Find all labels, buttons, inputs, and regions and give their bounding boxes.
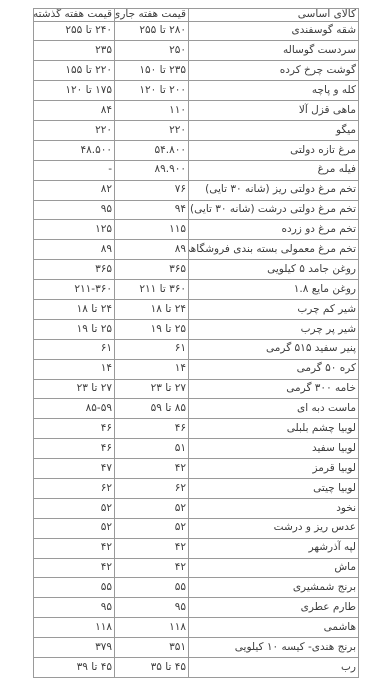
table-row: تخم مرغ معمولی بسته بندی فروشگاهی ۸۹ ۸۹ (34, 240, 359, 260)
current-week-price-cell: ۴۲ (115, 538, 189, 558)
previous-week-price-cell: ۲۷ تا ۲۳ (34, 379, 115, 399)
item-name-cell: گوشت چرخ کرده (189, 61, 359, 81)
table-row: شیر پر چرب ۲۵ تا ۱۹ ۲۵ تا ۱۹ (34, 319, 359, 339)
current-week-price-cell: ۵۲ (115, 498, 189, 518)
current-week-price-cell: ۸۹.۹۰۰ (115, 160, 189, 180)
item-name-cell: میگو (189, 121, 359, 141)
price-table-body: شقه گوسفندی ۲۸۰ تا ۲۵۵ ۲۴۰ تا ۲۵۵ سردست … (34, 21, 359, 677)
previous-week-price-cell: ۵۲ (34, 498, 115, 518)
item-name-cell: لوبیا چیتی (189, 479, 359, 499)
item-name-cell: تخم مرغ دو زرده (189, 220, 359, 240)
table-row: تخم مرغ دو زرده ۱۱۵ ۱۲۵ (34, 220, 359, 240)
current-week-price-cell: ۹۴ (115, 200, 189, 220)
item-name-cell: روغن جامد ۵ کیلویی (189, 260, 359, 280)
previous-week-price-cell: ۱۲۵ (34, 220, 115, 240)
table-row: ماهی قزل آلا ۱۱۰ ۸۴ (34, 101, 359, 121)
previous-week-price-cell: ۲۵ تا ۱۹ (34, 319, 115, 339)
table-row: لپه آذرشهر ۴۲ ۴۲ (34, 538, 359, 558)
current-week-price-cell: ۲۲۰ (115, 121, 189, 141)
previous-week-price-cell: - (34, 160, 115, 180)
previous-week-price-cell: ۸۲ (34, 180, 115, 200)
table-row: گوشت چرخ کرده ۲۳۵ تا ۱۵۰ ۲۲۰ تا ۱۵۵ (34, 61, 359, 81)
previous-week-price-cell: ۲۳۵ (34, 41, 115, 61)
item-name-cell: مرغ تازه دولتی (189, 140, 359, 160)
table-row: میگو ۲۲۰ ۲۲۰ (34, 121, 359, 141)
table-row: لوبیا چیتی ۶۲ ۶۲ (34, 479, 359, 499)
previous-week-price-cell: ۱۱۸ (34, 618, 115, 638)
previous-week-price-cell: ۳۷۹ (34, 638, 115, 658)
previous-week-price-cell: ۴۶ (34, 439, 115, 459)
previous-week-price-cell: ۵۲ (34, 518, 115, 538)
current-week-price-cell: ۳۶۵ (115, 260, 189, 280)
table-row: تخم مرغ دولتی درشت (شانه ۳۰ تایی) ۹۴ ۹۵ (34, 200, 359, 220)
previous-week-price-cell: ۴۵ تا ۳۹ (34, 658, 115, 678)
current-week-price-cell: ۶۱ (115, 339, 189, 359)
previous-week-price-cell: ۸۴ (34, 101, 115, 121)
table-row: تخم مرغ دولتی ریز (شانه ۳۰ تایی) ۷۶ ۸۲ (34, 180, 359, 200)
previous-week-price-cell: ۶۲ (34, 479, 115, 499)
item-name-cell: شقه گوسفندی (189, 21, 359, 41)
item-name-cell: ماست دبه ای (189, 399, 359, 419)
current-week-price-cell: ۱۱۵ (115, 220, 189, 240)
commodity-price-table: کالای اساسی قیمت هفته جاری قیمت هفته گذش… (33, 8, 359, 678)
table-row: خامه ۳۰۰ گرمی ۲۷ تا ۲۳ ۲۷ تا ۲۳ (34, 379, 359, 399)
header-row: کالای اساسی قیمت هفته جاری قیمت هفته گذش… (34, 9, 359, 22)
current-week-price-cell: ۲۷ تا ۲۳ (115, 379, 189, 399)
previous-week-price-cell: ۸۹ (34, 240, 115, 260)
item-name-cell: برنج هندی- کیسه ۱۰ کیلویی (189, 638, 359, 658)
item-name-cell: شیر پر چرب (189, 319, 359, 339)
current-week-price-cell: ۲۵۰ (115, 41, 189, 61)
current-week-price-cell: ۷۶ (115, 180, 189, 200)
item-name-cell: هاشمی (189, 618, 359, 638)
current-week-price-cell: ۲۰۰ تا ۱۲۰ (115, 81, 189, 101)
previous-week-price-cell: ۴۲ (34, 558, 115, 578)
item-name-cell: طارم عطری (189, 598, 359, 618)
current-week-price-cell: ۳۵۱ (115, 638, 189, 658)
item-name-cell: خامه ۳۰۰ گرمی (189, 379, 359, 399)
previous-week-price-cell: ۴۷ (34, 459, 115, 479)
item-name-cell: سردست گوساله (189, 41, 359, 61)
previous-week-price-cell: ۵۵ (34, 578, 115, 598)
current-week-price-cell: ۱۱۸ (115, 618, 189, 638)
page: کالای اساسی قیمت هفته جاری قیمت هفته گذش… (0, 0, 367, 692)
table-row: نخود ۵۲ ۵۲ (34, 498, 359, 518)
item-name-cell: کره ۵۰ گرمی (189, 359, 359, 379)
previous-week-price-cell: ۴۲ (34, 538, 115, 558)
table-row: شقه گوسفندی ۲۸۰ تا ۲۵۵ ۲۴۰ تا ۲۵۵ (34, 21, 359, 41)
item-name-cell: ماش (189, 558, 359, 578)
current-week-price-cell: ۴۵ تا ۳۵ (115, 658, 189, 678)
previous-week-price-cell: ۲۲۰ (34, 121, 115, 141)
table-row: لوبیا سفید ۵۱ ۴۶ (34, 439, 359, 459)
table-row: روغن جامد ۵ کیلویی ۳۶۵ ۳۶۵ (34, 260, 359, 280)
current-week-price-cell: ۲۴ تا ۱۸ (115, 300, 189, 320)
previous-week-price-cell: ۲۴ تا ۱۸ (34, 300, 115, 320)
previous-week-price-cell: ۴۸.۵۰۰ (34, 140, 115, 160)
item-name-cell: لوبیا سفید (189, 439, 359, 459)
current-week-price-cell: ۵۲ (115, 518, 189, 538)
previous-week-price-cell: ۳۶۵ (34, 260, 115, 280)
current-week-price-cell: ۸۹ (115, 240, 189, 260)
current-week-price-cell: ۴۲ (115, 459, 189, 479)
item-name-cell: عدس ریز و درشت (189, 518, 359, 538)
table-row: لوبیا چشم بلبلی ۴۶ ۴۶ (34, 419, 359, 439)
table-row: ماست دبه ای ۸۵ تا ۵۹ ۸۵-۵۹ (34, 399, 359, 419)
item-name-cell: تخم مرغ دولتی درشت (شانه ۳۰ تایی) (189, 200, 359, 220)
table-row: کله و پاچه ۲۰۰ تا ۱۲۰ ۱۷۵ تا ۱۲۰ (34, 81, 359, 101)
current-week-price-cell: ۱۱۰ (115, 101, 189, 121)
current-week-price-cell: ۱۴ (115, 359, 189, 379)
col-header-item: کالای اساسی (189, 9, 359, 22)
table-row: برنج شمشیری ۵۵ ۵۵ (34, 578, 359, 598)
previous-week-price-cell: ۶۱ (34, 339, 115, 359)
previous-week-price-cell: ۹۵ (34, 598, 115, 618)
item-name-cell: لپه آذرشهر (189, 538, 359, 558)
previous-week-price-cell: ۱۴ (34, 359, 115, 379)
previous-week-price-cell: ۲۱۱-۳۶۰ (34, 280, 115, 300)
current-week-price-cell: ۲۳۵ تا ۱۵۰ (115, 61, 189, 81)
table-row: مرغ تازه دولتی ۵۴.۸۰۰ ۴۸.۵۰۰ (34, 140, 359, 160)
current-week-price-cell: ۵۵ (115, 578, 189, 598)
current-week-price-cell: ۵۴.۸۰۰ (115, 140, 189, 160)
current-week-price-cell: ۹۵ (115, 598, 189, 618)
item-name-cell: رب (189, 658, 359, 678)
current-week-price-cell: ۴۶ (115, 419, 189, 439)
previous-week-price-cell: ۲۲۰ تا ۱۵۵ (34, 61, 115, 81)
table-row: پنیر سفید ۵۱۵ گرمی ۶۱ ۶۱ (34, 339, 359, 359)
table-row: شیر کم چرب ۲۴ تا ۱۸ ۲۴ تا ۱۸ (34, 300, 359, 320)
item-name-cell: شیر کم چرب (189, 300, 359, 320)
item-name-cell: لوبیا چشم بلبلی (189, 419, 359, 439)
item-name-cell: ماهی قزل آلا (189, 101, 359, 121)
current-week-price-cell: ۸۵ تا ۵۹ (115, 399, 189, 419)
table-row: رب ۴۵ تا ۳۵ ۴۵ تا ۳۹ (34, 658, 359, 678)
item-name-cell: فیله مرغ (189, 160, 359, 180)
item-name-cell: روغن مایع ۱.۸ (189, 280, 359, 300)
previous-week-price-cell: ۸۵-۵۹ (34, 399, 115, 419)
item-name-cell: کله و پاچه (189, 81, 359, 101)
table-row: عدس ریز و درشت ۵۲ ۵۲ (34, 518, 359, 538)
item-name-cell: لوبیا قرمز (189, 459, 359, 479)
item-name-cell: نخود (189, 498, 359, 518)
current-week-price-cell: ۴۲ (115, 558, 189, 578)
item-name-cell: تخم مرغ دولتی ریز (شانه ۳۰ تایی) (189, 180, 359, 200)
col-header-current-week: قیمت هفته جاری (115, 9, 189, 22)
current-week-price-cell: ۵۱ (115, 439, 189, 459)
table-row: هاشمی ۱۱۸ ۱۱۸ (34, 618, 359, 638)
table-row: ماش ۴۲ ۴۲ (34, 558, 359, 578)
current-week-price-cell: ۲۵ تا ۱۹ (115, 319, 189, 339)
col-header-previous-week: قیمت هفته گذشته (34, 9, 115, 22)
item-name-cell: برنج شمشیری (189, 578, 359, 598)
table-row: روغن مایع ۱.۸ ۳۶۰ تا ۲۱۱ ۲۱۱-۳۶۰ (34, 280, 359, 300)
item-name-cell: تخم مرغ معمولی بسته بندی فروشگاهی (189, 240, 359, 260)
table-row: برنج هندی- کیسه ۱۰ کیلویی ۳۵۱ ۳۷۹ (34, 638, 359, 658)
current-week-price-cell: ۶۲ (115, 479, 189, 499)
previous-week-price-cell: ۲۴۰ تا ۲۵۵ (34, 21, 115, 41)
item-name-cell: پنیر سفید ۵۱۵ گرمی (189, 339, 359, 359)
current-week-price-cell: ۲۸۰ تا ۲۵۵ (115, 21, 189, 41)
table-row: لوبیا قرمز ۴۲ ۴۷ (34, 459, 359, 479)
previous-week-price-cell: ۹۵ (34, 200, 115, 220)
table-row: سردست گوساله ۲۵۰ ۲۳۵ (34, 41, 359, 61)
table-row: فیله مرغ ۸۹.۹۰۰ - (34, 160, 359, 180)
previous-week-price-cell: ۴۶ (34, 419, 115, 439)
current-week-price-cell: ۳۶۰ تا ۲۱۱ (115, 280, 189, 300)
previous-week-price-cell: ۱۷۵ تا ۱۲۰ (34, 81, 115, 101)
table-row: طارم عطری ۹۵ ۹۵ (34, 598, 359, 618)
table-row: کره ۵۰ گرمی ۱۴ ۱۴ (34, 359, 359, 379)
